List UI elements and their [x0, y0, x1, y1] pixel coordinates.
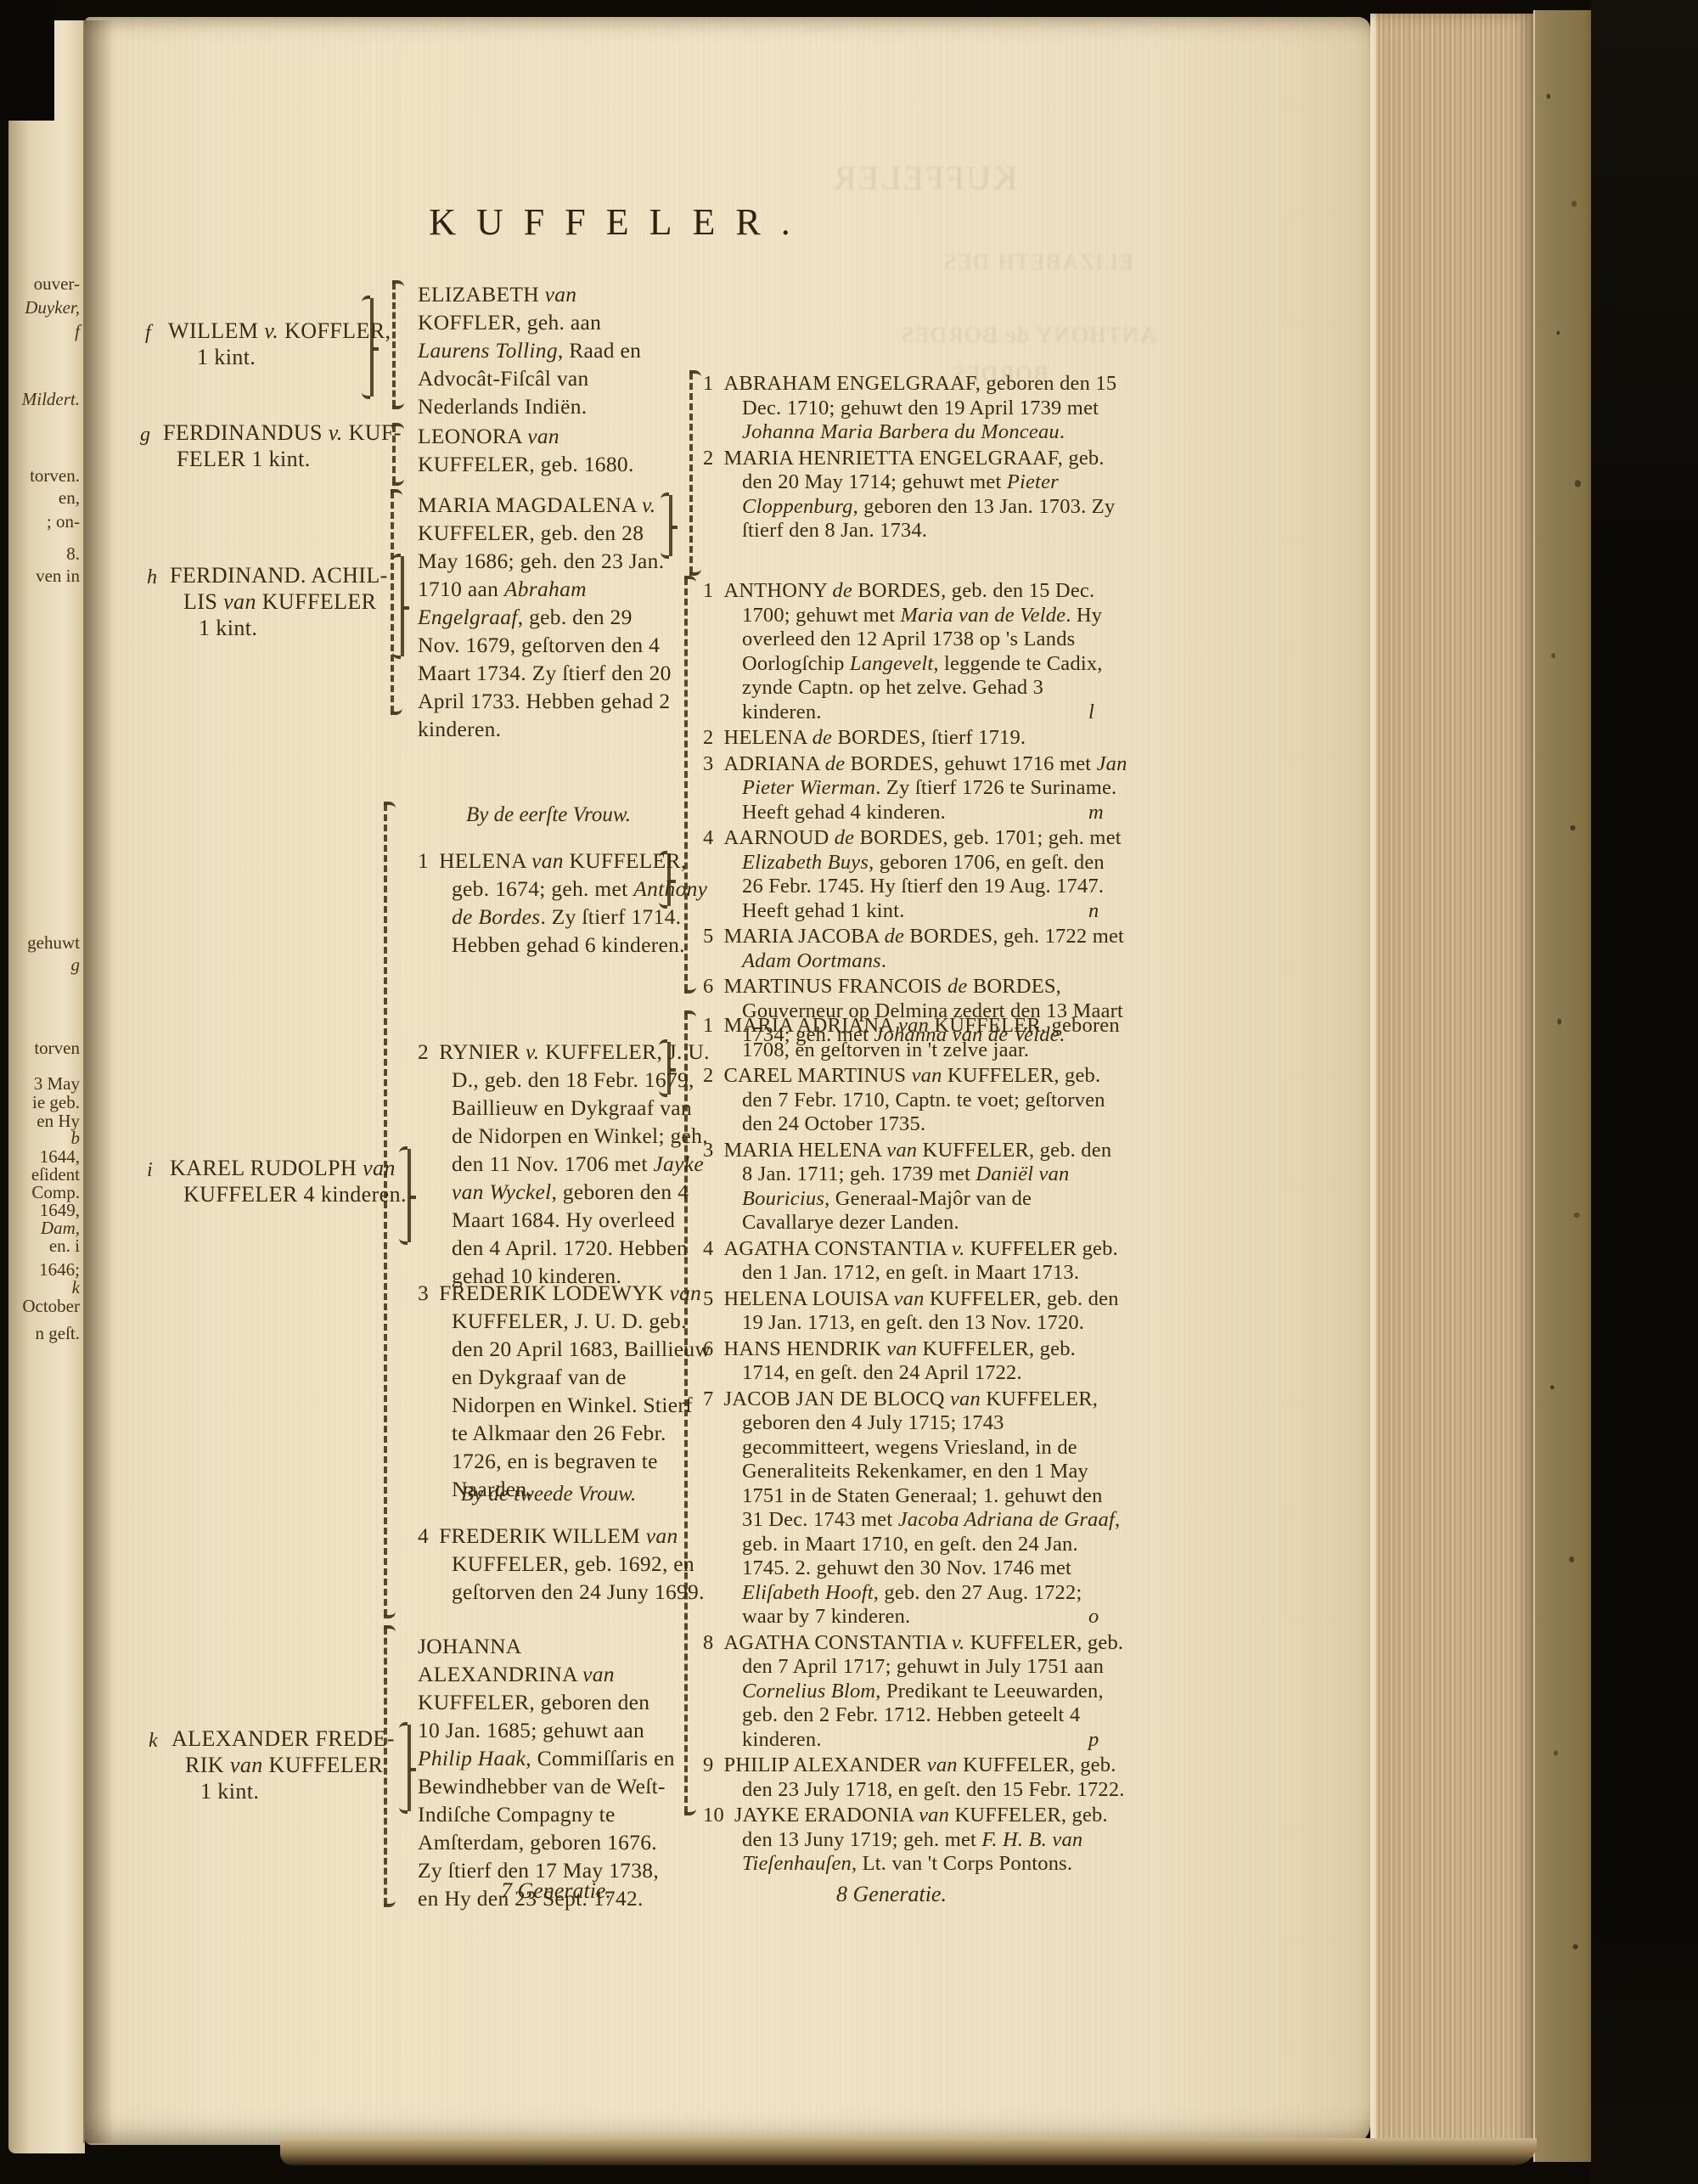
entry-number: 6 [703, 975, 723, 998]
genealogy-entry: 7JACOB JAN DE BLOCQ van KUFFELER, gebore… [703, 1388, 1127, 1630]
bleedthrough-text: ELIZABETH DES [942, 250, 1133, 275]
genealogy-brace [684, 1010, 698, 1815]
margin-fragment: 8. [0, 543, 80, 565]
genealogy-entry: 10JAYKE ERADONIA van KUFFELER, geb. den … [703, 1804, 1127, 1877]
genealogy-connector-brace [362, 296, 379, 399]
entry-number: 2 [703, 726, 723, 749]
entry-number: 4 [703, 1237, 723, 1260]
entry-number: 3 [703, 1139, 723, 1162]
entry-number: 6 [703, 1337, 723, 1360]
genealogy-connector-brace [399, 1146, 416, 1245]
margin-fragment: en. i [0, 1236, 80, 1257]
margin-fragment: Mildert. [0, 389, 80, 410]
genealogy-brace [392, 280, 406, 409]
margin-fragment: torven [0, 1038, 80, 1059]
margin-fragment: ven in [0, 566, 80, 587]
entry-text: HELENA LOUISA van KUFFELER, geb. den 19 … [723, 1287, 1118, 1335]
children-group-engelgraaf: 1ABRAHAM ENGELGRAAF, geboren den 15 Dec.… [703, 372, 1127, 545]
ancestor-entry-alexander-frederik: k ALEXANDER FREDE- RIK van KUFFELER 1 ki… [171, 1725, 395, 1804]
entry-text: HELENA de BORDES, ſtierf 1719. [723, 726, 1026, 749]
entry-line: FELER 1 kint. [163, 446, 402, 472]
entry-number: 1 [703, 1014, 723, 1037]
genealogy-entry: 4AARNOUD de BORDES, geb. 1701; geh. met … [703, 826, 1127, 923]
entry-index-letter: i [147, 1157, 153, 1184]
entry-text: ABRAHAM ENGELGRAAF, geboren den 15 Dec. … [723, 372, 1116, 443]
genealogy-connector-brace [392, 554, 409, 659]
generation-8-label: 8 Generatie. [836, 1882, 947, 1907]
entry-text: ADRIANA de BORDES, gehuwt 1716 met Jan P… [723, 752, 1127, 824]
bleedthrough-text: KUFFELER [832, 158, 1017, 198]
margin-fragment: torven. [0, 465, 80, 487]
entry-number: 2 [703, 447, 723, 470]
entry-index-letter: k [149, 1728, 158, 1754]
genealogy-entry-frederik-willem: 4FREDERIK WILLEM van KUFFELER, geb. 1692… [418, 1522, 711, 1606]
entry-text: FREDERIK LODEWYK van KUFFELER, J. U. D. … [439, 1281, 711, 1501]
entry-number: 2 [418, 1039, 439, 1064]
entry-line: LIS van KUFFELER [170, 588, 388, 615]
genealogy-entry: 5HELENA LOUISA van KUFFELER, geb. den 19… [703, 1287, 1127, 1336]
genealogy-entry: 2HELENA de BORDES, ſtierf 1719. [703, 726, 1127, 751]
genealogy-connector-brace [659, 851, 676, 909]
margin-fragment: en, [0, 487, 80, 509]
ancestor-entry-ferdinand-achillis: h FERDINAND. ACHIL- LIS van KUFFELER 1 k… [170, 562, 388, 641]
entry-number: 8 [703, 1631, 723, 1654]
margin-fragment: Duyker, [0, 297, 80, 318]
entry-text: MARIA ADRIANA van KUFFELER, geboren 1708… [723, 1014, 1119, 1061]
entry-number: 1 [418, 848, 439, 873]
margin-fragment: g [0, 954, 80, 976]
genealogy-connector-brace [661, 493, 678, 559]
entry-line: 1 kint. [170, 615, 388, 641]
entry-number: 4 [418, 1523, 439, 1548]
entry-number: 3 [418, 1281, 439, 1305]
genealogy-entry: 3ADRIANA de BORDES, gehuwt 1716 met Jan … [703, 752, 1127, 825]
entry-text: JACOB JAN DE BLOCQ van KUFFELER, geboren… [723, 1388, 1120, 1629]
entry-text: MARIA JACOBA de BORDES, geh. 1722 met Ad… [723, 925, 1124, 972]
genealogy-brace [684, 576, 698, 993]
entry-line: 1 kint. [168, 344, 391, 370]
entry-text: AGATHA CONSTANTIA v. KUFFELER geb. den 1… [723, 1237, 1117, 1285]
entry-line: 1 kint. [171, 1778, 395, 1804]
wife-section-heading: By de tweede Vrouw. [421, 1483, 676, 1506]
entry-index-letter: h [147, 565, 157, 591]
genealogy-entry: 2CAREL MARTINUS van KUFFELER, geb. den 7… [703, 1064, 1127, 1137]
entry-text: MARIA HELENA van KUFFELER, geb. den 8 Ja… [723, 1139, 1111, 1235]
margin-fragment: ouver- [0, 273, 80, 295]
entry-number: 1 [703, 372, 723, 395]
genealogy-entry: 3MARIA HELENA van KUFFELER, geb. den 8 J… [703, 1139, 1127, 1236]
ancestor-entry-karel-rudolph: i KAREL RUDOLPH van KUFFELER 4 kinderen. [170, 1155, 407, 1207]
entry-text: JAYKE ERADONIA van KUFFELER, geb. den 13… [734, 1804, 1108, 1875]
wife-section-heading: By de eerſte Vrouw. [421, 803, 676, 827]
ancestor-entry-willem: f WILLEM v. KOFFLER, 1 kint. [168, 318, 391, 370]
entry-number: 1 [703, 579, 723, 602]
margin-fragment: ; on- [0, 511, 80, 532]
genealogy-entry: 6HANS HENDRIK van KUFFELER, geb. 1714, e… [703, 1337, 1127, 1386]
genealogy-brace [384, 802, 397, 1618]
entry-line: FERDINANDUS v. KUF- [163, 419, 402, 446]
margin-fragment: n geſt. [0, 1323, 80, 1344]
entry-text: CAREL MARTINUS van KUFFELER, geb. den 7 … [723, 1064, 1105, 1135]
margin-fragment: f [0, 321, 80, 342]
genealogy-entry-maria-magdalena: MARIA MAGDALENA v. KUFFELER, geb. den 28… [418, 491, 678, 743]
children-group-kuffeler: 1MARIA ADRIANA van KUFFELER, geboren 170… [703, 1014, 1127, 1878]
genealogy-entry: 1ABRAHAM ENGELGRAAF, geboren den 15 Dec.… [703, 372, 1127, 445]
entry-number: 3 [703, 752, 723, 775]
entry-line: ALEXANDER FREDE- [171, 1725, 395, 1752]
genealogy-entry: 5MARIA JACOBA de BORDES, geh. 1722 met A… [703, 925, 1127, 973]
book-photo: KUFFELER ELIZABETH DES ANTHONY de BORDES… [0, 0, 1698, 2184]
entry-number: 10 [703, 1804, 734, 1827]
entry-index-letter: g [140, 422, 150, 448]
genealogy-entry: 9PHILIP ALEXANDER van KUFFELER, geb. den… [703, 1753, 1127, 1802]
entry-number: 4 [703, 826, 723, 849]
genealogy-entry: 1MARIA ADRIANA van KUFFELER, geboren 170… [703, 1014, 1127, 1062]
generation-7-label: 7 Generatie. [501, 1878, 611, 1904]
entry-line: FERDINAND. ACHIL- [170, 562, 388, 588]
printed-page-content: KUFFELER ELIZABETH DES ANTHONY de BORDES… [0, 0, 1698, 2184]
entry-text: MARIA HENRIETTA ENGELGRAAF, geb. den 20 … [723, 447, 1115, 543]
family-name-title: KUFFELER. [365, 200, 874, 244]
entry-number: 9 [703, 1753, 723, 1776]
genealogy-entry-leonora: LEONORA van KUFFELER, geb. 1680. [418, 422, 678, 478]
genealogy-entry: 8AGATHA CONSTANTIA v. KUFFELER, geb. den… [703, 1631, 1127, 1753]
entry-line: KAREL RUDOLPH van [170, 1155, 407, 1181]
entry-number: 2 [703, 1064, 723, 1087]
margin-fragment: October [0, 1296, 80, 1317]
entry-text: AGATHA CONSTANTIA v. KUFFELER, geb. den … [723, 1631, 1123, 1751]
entry-text: HANS HENDRIK van KUFFELER, geb. 1714, en… [723, 1337, 1076, 1385]
bleedthrough-text: ANTHONY de BORDES [900, 323, 1156, 348]
entry-text: FREDERIK WILLEM van KUFFELER, geb. 1692,… [439, 1523, 705, 1604]
genealogy-brace [384, 1625, 397, 1907]
entry-text: ANTHONY de BORDES, geb. den 15 Dec. 1700… [723, 579, 1102, 723]
genealogy-entry: 1ANTHONY de BORDES, geb. den 15 Dec. 170… [703, 579, 1127, 724]
margin-fragment: gehuwt [0, 932, 80, 954]
genealogy-entry-johanna-alexandrina: JOHANNA ALEXANDRINA van KUFFELER, gebore… [418, 1632, 678, 1912]
entry-text: AARNOUD de BORDES, geb. 1701; geh. met E… [723, 826, 1121, 922]
genealogy-entry-frederik-lodewyk: 3FREDERIK LODEWYK van KUFFELER, J. U. D.… [418, 1279, 711, 1503]
genealogy-entry: 2MARIA HENRIETTA ENGELGRAAF, geb. den 20… [703, 447, 1127, 543]
ancestor-entry-ferdinandus: g FERDINANDUS v. KUF- FELER 1 kint. [163, 419, 402, 472]
genealogy-connector-brace [659, 1039, 676, 1097]
entry-line: KUFFELER 4 kinderen. [170, 1181, 407, 1207]
children-group-bordes: 1ANTHONY de BORDES, geb. den 15 Dec. 170… [703, 579, 1127, 1050]
entry-line: WILLEM v. KOFFLER, [168, 318, 391, 344]
entry-text: PHILIP ALEXANDER van KUFFELER, geb. den … [723, 1753, 1124, 1801]
entry-number: 5 [703, 925, 723, 948]
entry-number: 5 [703, 1287, 723, 1310]
genealogy-entry-elizabeth: ELIZABETH van KOFFLER, geh. aan Laurens … [418, 280, 678, 420]
genealogy-entry: 4AGATHA CONSTANTIA v. KUFFELER geb. den … [703, 1237, 1127, 1286]
entry-index-letter: f [145, 320, 151, 346]
entry-line: RIK van KUFFELER [171, 1752, 395, 1778]
entry-number: 7 [703, 1388, 723, 1410]
genealogy-connector-brace [399, 1722, 416, 1814]
genealogy-brace [392, 423, 406, 486]
genealogy-brace [689, 370, 703, 576]
